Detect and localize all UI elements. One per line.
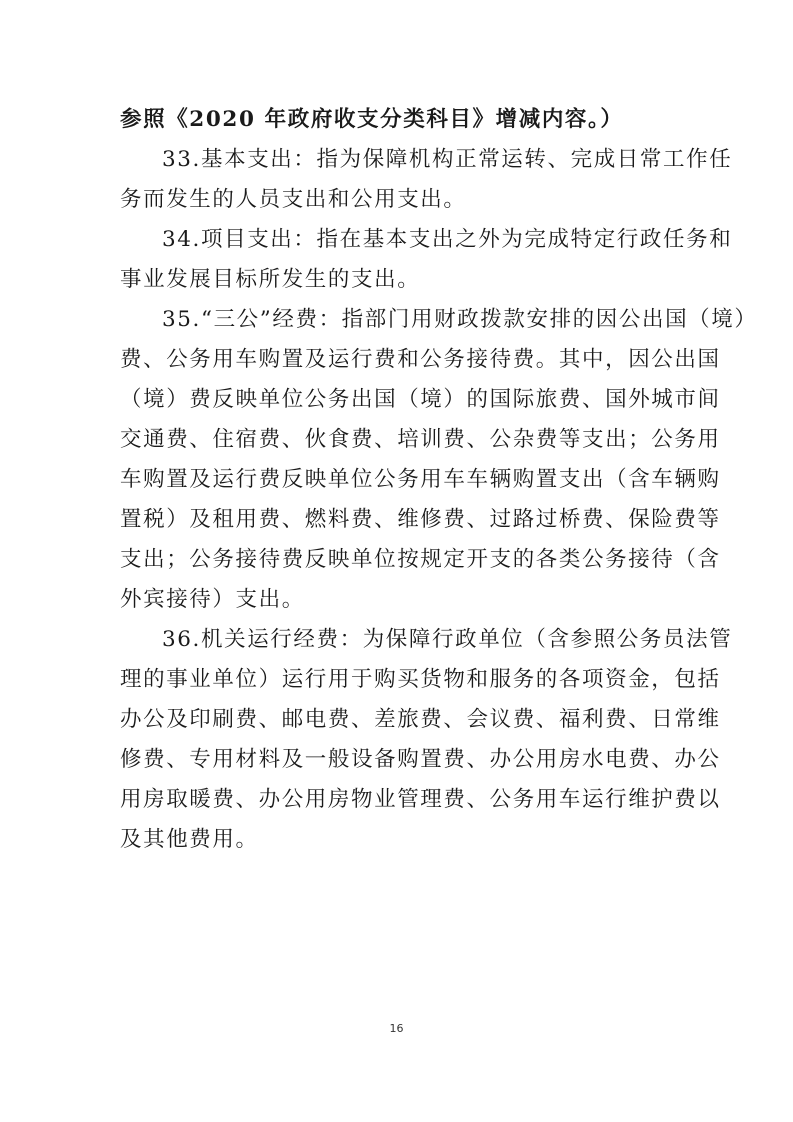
text-line: 修费、专用材料及一般设备购置费、办公用房水电费、办公 [120, 740, 674, 780]
text-line: 及其他费用。 [120, 820, 674, 860]
text-line: 务而发生的人员支出和公用支出。 [120, 180, 674, 220]
paragraph-item-36: 36.机关运行经费：为保障行政单位（含参照公务员法管 理的事业单位）运行用于购买… [120, 620, 674, 860]
text-line: 参照《2020 年政府收支分类科目》增减内容。） [120, 100, 674, 140]
text-line: 33.基本支出：指为保障机构正常运转、完成日常工作任 [120, 140, 674, 180]
text-line: （境）费反映单位公务出国（境）的国际旅费、国外城市间 [120, 380, 674, 420]
text-line: 用房取暖费、办公用房物业管理费、公务用车运行维护费以 [120, 780, 674, 820]
document-page: 参照《2020 年政府收支分类科目》增减内容。） 33.基本支出：指为保障机构正… [0, 0, 793, 1122]
text-line: 费、公务用车购置及运行费和公务接待费。其中，因公出国 [120, 340, 674, 380]
paragraph-continuation: 参照《2020 年政府收支分类科目》增减内容。） [120, 100, 674, 140]
text-line: 置税）及租用费、燃料费、维修费、过路过桥费、保险费等 [120, 500, 674, 540]
text-line: 36.机关运行经费：为保障行政单位（含参照公务员法管 [120, 620, 674, 660]
text-line: 交通费、住宿费、伙食费、培训费、公杂费等支出；公务用 [120, 420, 674, 460]
text-line: 外宾接待）支出。 [120, 580, 674, 620]
page-content: 参照《2020 年政府收支分类科目》增减内容。） 33.基本支出：指为保障机构正… [120, 100, 674, 860]
page-number: 16 [0, 1022, 793, 1035]
text-line: 事业发展目标所发生的支出。 [120, 260, 674, 300]
text-line: 支出；公务接待费反映单位按规定开支的各类公务接待（含 [120, 540, 674, 580]
paragraph-item-34: 34.项目支出：指在基本支出之外为完成特定行政任务和 事业发展目标所发生的支出。 [120, 220, 674, 300]
text-line: 车购置及运行费反映单位公务用车车辆购置支出（含车辆购 [120, 460, 674, 500]
text-line: 办公及印刷费、邮电费、差旅费、会议费、福利费、日常维 [120, 700, 674, 740]
text-line: 理的事业单位）运行用于购买货物和服务的各项资金，包括 [120, 660, 674, 700]
text-line: 34.项目支出：指在基本支出之外为完成特定行政任务和 [120, 220, 674, 260]
paragraph-item-35: 35.“三公”经费：指部门用财政拨款安排的因公出国（境） 费、公务用车购置及运行… [120, 300, 674, 620]
paragraph-item-33: 33.基本支出：指为保障机构正常运转、完成日常工作任 务而发生的人员支出和公用支… [120, 140, 674, 220]
text-line: 35.“三公”经费：指部门用财政拨款安排的因公出国（境） [120, 300, 674, 340]
